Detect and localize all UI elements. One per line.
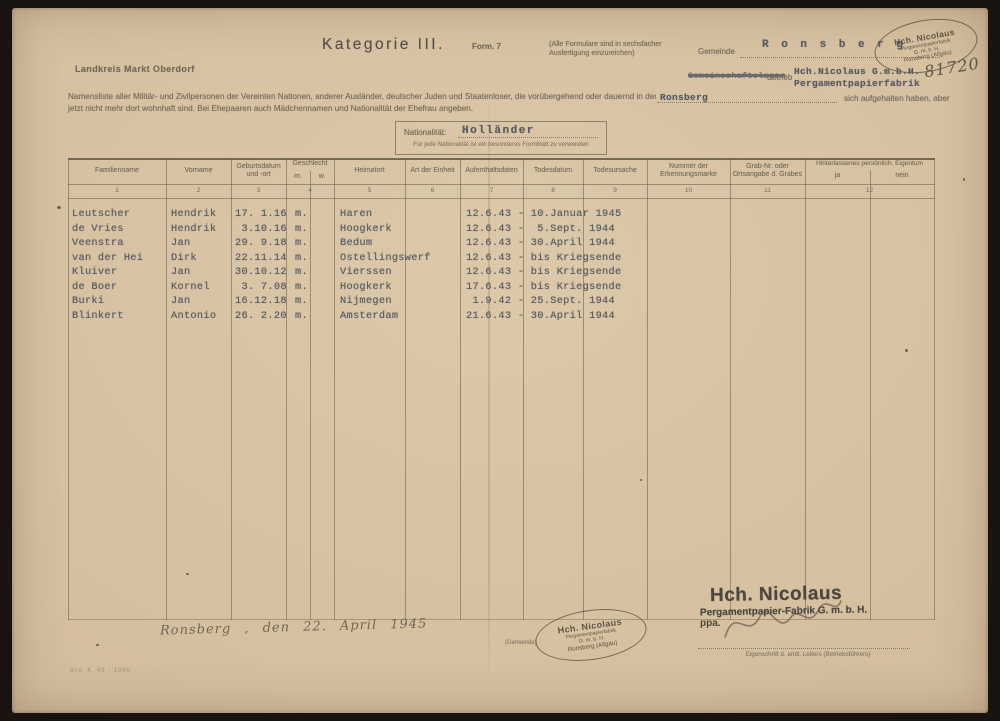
cell-geburtsdatum: 22.11.14 — [235, 252, 287, 264]
col-subheader-m: m. — [286, 171, 310, 183]
table-row: de Vries Hendrik 3.10.16 m. Hoogkerk 12.… — [68, 223, 935, 237]
col-header-aufenthaltsdaten: Aufenthaltsdaten — [460, 159, 523, 183]
signature-caption: Eigenschrift d. amtl. Leiters (Betriebsf… — [718, 651, 898, 658]
table-row: van der Hei Dirk 22.11.14 m. Ostellingsw… — [68, 252, 935, 266]
paper-speck — [57, 206, 61, 209]
table-row: Blinkert Antonio 26. 2.20 m. Amsterdam 2… — [68, 310, 935, 324]
cell-vorname: Jan — [171, 237, 190, 249]
cell-vorname: Jan — [171, 266, 190, 278]
kategorie-title: Kategorie III. — [322, 36, 445, 54]
cell-geburtsdatum: 16.12.18 — [235, 295, 287, 307]
col-num: 10 — [647, 187, 730, 194]
table-row: Kluiver Jan 30.10.12 m. Vierssen 12.6.43… — [68, 266, 935, 280]
col-num: 8 — [523, 187, 583, 194]
scanned-document-page: { "stamp": { "l1": "Hch. Nicolaus", "l2"… — [0, 0, 1000, 721]
cell-geburtsdatum: 17. 1.16 — [235, 208, 287, 220]
col-num: 3 — [231, 187, 286, 194]
cell-familienname: Blinkert — [72, 310, 124, 322]
cell-geschlecht: m. — [295, 223, 308, 235]
cell-heimatort: Bedum — [340, 237, 372, 249]
cell-vorname: Hendrik — [171, 223, 216, 235]
cell-geschlecht: m. — [295, 252, 308, 264]
intro-line1-end: sich aufgehalten haben, aber — [844, 94, 950, 103]
col-header-einheit: Art der Einheit — [405, 159, 460, 183]
nationality-line — [458, 123, 598, 138]
cell-vorname: Hendrik — [171, 208, 216, 220]
fold-crease — [488, 88, 490, 688]
betrieb-label: Betrieb — [767, 73, 792, 82]
col-header-geschlecht: Geschlecht — [286, 158, 334, 171]
nationality-box: Nationalität: Holländer Für jede Nationa… — [395, 121, 607, 155]
col-subheader-nein: nein — [870, 170, 934, 182]
cell-familienname: Veenstra — [72, 237, 124, 249]
cell-familienname: Burki — [72, 295, 104, 307]
cell-heimatort: Hoogkerk — [340, 223, 392, 235]
cell-heimatort: Vierssen — [340, 266, 392, 278]
cell-heimatort: Amsterdam — [340, 310, 398, 322]
paper-speck — [186, 573, 189, 575]
col-num: 1 — [68, 187, 166, 194]
paper-speck — [96, 644, 99, 646]
cell-geburtsdatum: 29. 9.18 — [235, 237, 287, 249]
nationality-note: Für jede Nationalität ist ein besonderes… — [406, 141, 596, 148]
col-num: 9 — [583, 187, 647, 194]
copies-note: (Alle Formulare sind in sechsfacher Ausf… — [549, 39, 662, 57]
col-subheader-w: w. — [310, 171, 334, 183]
intro-line1: Namensliste aller Militär- und Zivilpers… — [68, 92, 656, 101]
cell-familienname: de Vries — [72, 223, 124, 235]
form-number: Form. 7 — [472, 42, 501, 51]
paper-speck — [640, 479, 642, 481]
col-header-vorname: Vorname — [166, 159, 231, 183]
gemeinde-signature-caption: (Gemeinde) — [505, 640, 537, 646]
table-row: Leutscher Hendrik 17. 1.16 m. Haren 12.6… — [68, 208, 935, 222]
cell-familienname: van der Hei — [72, 252, 143, 264]
document-paper: Landkreis Markt Oberdorf Kategorie III. … — [12, 8, 988, 713]
col-header-grabnr: Grab-Nr. oder Ortsangabe d. Grabes — [730, 159, 805, 183]
cell-geschlecht: m. — [295, 281, 308, 293]
col-header-geburtsdatum: Geburtsdatum und -ort — [231, 159, 286, 183]
col-header-familienname: Familienname — [68, 159, 166, 183]
cell-geschlecht: m. — [295, 208, 308, 220]
copies-note-line2: Ausfertigung einzureichen) — [549, 48, 662, 57]
cell-familienname: Leutscher — [72, 208, 130, 220]
cell-heimatort: Haren — [340, 208, 372, 220]
paper-speck — [963, 178, 965, 181]
intro-gemeinde-line — [657, 90, 837, 103]
col-header-eigentum: Hinterlassenes persönlich. Eigentum — [805, 158, 934, 170]
col-num: 4 — [286, 187, 334, 194]
betrieb-value-line2: Pergamentpapierfabrik — [794, 78, 920, 89]
cell-geschlecht: m. — [295, 295, 308, 307]
intro-line2: jetzt nicht mehr dort wohnhaft sind. Bei… — [68, 104, 473, 113]
table-row: Veenstra Jan 29. 9.18 m. Bedum 12.6.43 -… — [68, 237, 935, 251]
col-header-erkennungsmarke: Nummer der Erkennungsmarke — [647, 159, 730, 183]
col-header-todesdatum: Todesdatum — [523, 159, 583, 183]
col-num: 11 — [730, 187, 805, 194]
cell-familienname: Kluiver — [72, 266, 117, 278]
cell-vorname: Dirk — [171, 252, 197, 264]
cell-vorname: Antonio — [171, 310, 216, 322]
col-header-heimatort: Heimatort — [334, 159, 405, 183]
cell-geschlecht: m. — [295, 310, 308, 322]
cell-familienname: de Boer — [72, 281, 117, 293]
cell-heimatort: Nijmegen — [340, 295, 392, 307]
col-subheader-ja: ja — [805, 170, 870, 182]
cell-geschlecht: m. — [295, 237, 308, 249]
cell-geburtsdatum: 3. 7.08 — [235, 281, 287, 293]
persons-table: Familienname Vorname Geburtsdatum und -o… — [68, 158, 935, 620]
betrieb-value-line1: Hch.Nicolaus G.m.b.H. — [794, 66, 920, 77]
nationality-label: Nationalität: — [404, 128, 446, 137]
cell-heimatort: Ostellingswerf — [340, 252, 431, 264]
cell-heimatort: Hoogkerk — [340, 281, 392, 293]
table-row: Burki Jan 16.12.18 m. Nijmegen 1.9.42 - … — [68, 295, 935, 309]
col-header-todesursache: Todesursache — [583, 159, 647, 183]
printer-code: Drv. 4. 45 · 1000 — [70, 668, 131, 674]
cell-vorname: Jan — [171, 295, 190, 307]
col-num: 5 — [334, 187, 405, 194]
landkreis-label: Landkreis Markt Oberdorf — [75, 64, 195, 74]
col-num: 12 — [805, 187, 934, 194]
copies-note-line1: (Alle Formulare sind in sechsfacher — [549, 39, 662, 48]
cell-geburtsdatum: 3.10.16 — [235, 223, 287, 235]
cell-geburtsdatum: 30.10.12 — [235, 266, 287, 278]
gemeinde-label: Gemeinde — [698, 47, 735, 56]
paper-speck — [905, 349, 908, 352]
col-num: 7 — [460, 187, 523, 194]
cell-geschlecht: m. — [295, 266, 308, 278]
cell-geburtsdatum: 26. 2.20 — [235, 310, 287, 322]
signature-line — [698, 636, 910, 649]
cell-vorname: Kornel — [171, 281, 210, 293]
col-num: 6 — [405, 187, 460, 194]
table-row: de Boer Kornel 3. 7.08 m. Hoogkerk 17.6.… — [68, 281, 935, 295]
col-num: 2 — [166, 187, 231, 194]
